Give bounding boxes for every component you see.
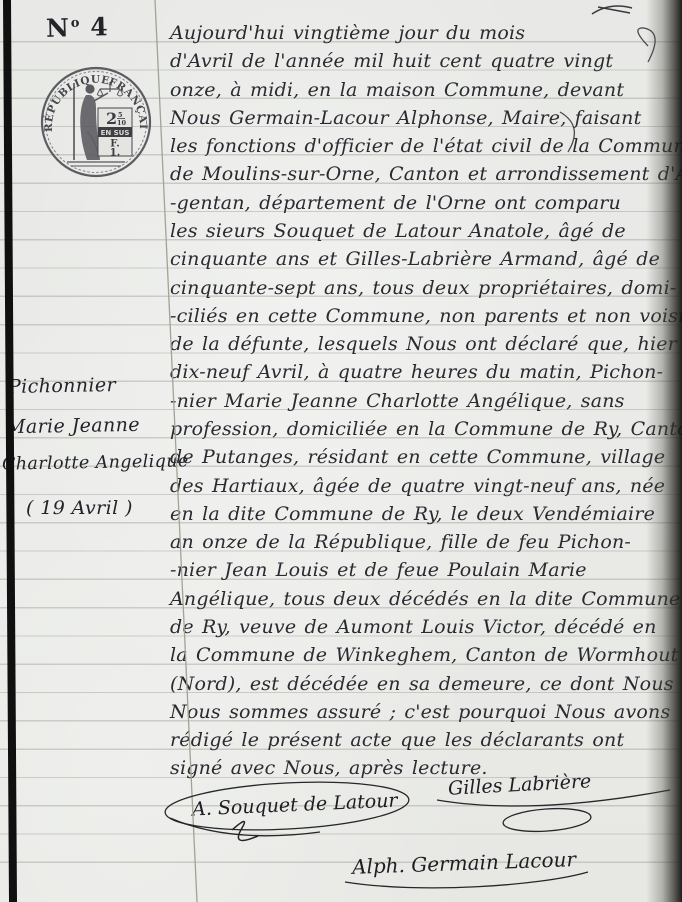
revenue-stamp: RÉPUBLIQUE FRANÇAISE <box>37 62 155 182</box>
act-number-value: 4 <box>90 12 110 41</box>
body-line: les fonctions d'officier de l'état civil… <box>170 135 682 157</box>
act-number-prefix: N <box>46 13 72 43</box>
body-line: an onze de la République, fille de feu P… <box>170 531 631 553</box>
stamp-value: 2 <box>106 109 117 128</box>
margin-note-line: ( 19 Avril ) <box>26 497 133 519</box>
body-line: Nous Germain-Lacour Alphonse, Maire, fai… <box>170 107 641 129</box>
body-line: -ciliés en cette Commune, non parents et… <box>170 305 682 327</box>
margin-note-line: Pichonnier <box>8 374 116 398</box>
stamp-fraction-top: 5 <box>118 111 123 119</box>
body-line: les sieurs Souquet de Latour Anatole, âg… <box>170 220 626 242</box>
body-line: rédigé le présent acte que les déclarant… <box>170 729 624 751</box>
body-line: profession, domiciliée en la Commune de … <box>170 418 682 440</box>
body-line: de Moulins-sur-Orne, Canton et arrondiss… <box>170 163 682 185</box>
act-number-ordinal: o <box>71 16 80 31</box>
revenue-stamp-icon: RÉPUBLIQUE FRANÇAISE <box>37 62 155 182</box>
body-line: des Hartiaux, âgée de quatre vingt-neuf … <box>170 475 665 497</box>
body-line: de Putanges, résidant en cette Commune, … <box>170 446 665 468</box>
body-line: Nous sommes assuré ; c'est pourquoi Nous… <box>170 701 670 723</box>
body-line: de Ry, veuve de Aumont Louis Victor, déc… <box>170 616 657 638</box>
body-line: onze, à midi, en la maison Commune, deva… <box>170 79 624 101</box>
body-line: en la dite Commune de Ry, le deux Vendém… <box>170 503 655 525</box>
body-line: (Nord), est décédée en sa demeure, ce do… <box>170 673 674 695</box>
stamp-value-block: 2 5 10 EN SUS F. 1. <box>98 108 132 159</box>
pen-mark <box>592 6 632 14</box>
stamp-amount: 1. <box>110 148 120 159</box>
body-line: -gentan, département de l'Orne ont compa… <box>170 192 621 214</box>
body-line: cinquante ans et Gilles-Labrière Armand,… <box>170 248 660 270</box>
body-line: d'Avril de l'année mil huit cent quatre … <box>170 50 613 72</box>
stamp-fraction-bottom: 10 <box>117 119 127 127</box>
body-line: dix-neuf Avril, à quatre heures du matin… <box>170 361 663 383</box>
margin-note-line: Charlotte Angelique <box>2 451 189 474</box>
stamp-surcharge: EN SUS <box>101 129 130 137</box>
body-line: cinquante-sept ans, tous deux propriétai… <box>170 277 677 299</box>
body-line: Angélique, tous deux décédés en la dite … <box>170 588 680 610</box>
page-edge-shadow <box>646 0 682 902</box>
death-record-page: No 4 RÉPUBLIQUE FRANÇAISE <box>0 0 682 902</box>
act-number: No 4 <box>46 12 110 43</box>
body-line: la Commune de Winkeghem, Canton de Wormh… <box>170 644 679 666</box>
body-line: de la défunte, lesquels Nous ont déclaré… <box>170 333 677 355</box>
body-line: -nier Marie Jeanne Charlotte Angélique, … <box>170 390 625 412</box>
body-line: signé avec Nous, après lecture. <box>170 757 488 779</box>
body-line: -nier Jean Louis et de feue Poulain Mari… <box>170 559 587 581</box>
body-line: Aujourd'hui vingtième jour du mois <box>170 22 525 44</box>
margin-note-line: Marie Jeanne <box>6 414 140 438</box>
